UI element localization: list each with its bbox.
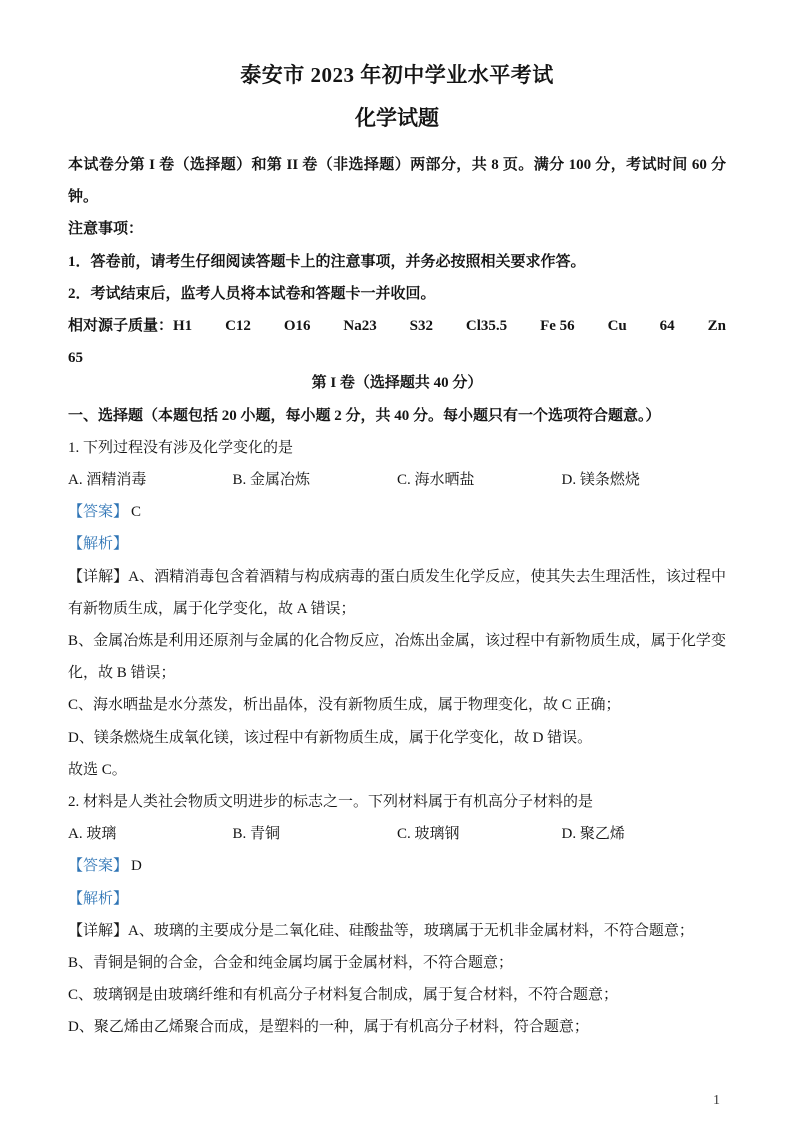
question-stem: 1. 下列过程没有涉及化学变化的是	[68, 432, 726, 464]
detail-paragraph: 【详解】A、玻璃的主要成分是二氧化硅、硅酸盐等，玻璃属于无机非金属材料，不符合题…	[68, 915, 726, 947]
option-b: B. 青铜	[233, 818, 398, 850]
detail-paragraph: 【详解】A、酒精消毒包含着酒精与构成病毒的蛋白质发生化学反应，使其失去生理活性，…	[68, 561, 726, 625]
atomic-mass-token: Zn	[708, 310, 726, 342]
analysis-line: 【解析】	[68, 528, 726, 560]
detail-paragraph: B、金属冶炼是利用还原剂与金属的化合物反应，冶炼出金属，该过程中有新物质生成，属…	[68, 625, 726, 689]
page-number: 1	[713, 1093, 720, 1109]
analysis-label: 【解析】	[68, 536, 128, 552]
detail-paragraph: D、聚乙烯由乙烯聚合而成，是塑料的一种，属于有机高分子材料，符合题意；	[68, 1011, 726, 1043]
detail-paragraph: 故选 C。	[68, 754, 726, 786]
note-item-2: 2．考试结束后，监考人员将本试卷和答题卡一并收回。	[68, 278, 726, 310]
atomic-mass-token: Cl35.5	[466, 310, 507, 342]
notes-title: 注意事项：	[68, 213, 726, 245]
analysis-line: 【解析】	[68, 883, 726, 915]
atomic-mass-line: 相对源子质量：H1 C12 O16 Na23 S32 Cl35.5 Fe 56 …	[68, 310, 726, 342]
section-instructions: 一、选择题（本题包括 20 小题，每小题 2 分，共 40 分。每小题只有一个选…	[68, 400, 726, 432]
analysis-label: 【解析】	[68, 891, 128, 907]
option-c: C. 海水晒盐	[397, 464, 562, 496]
section-heading: 第 I 卷（选择题共 40 分）	[68, 367, 726, 399]
option-d: D. 镁条燃烧	[562, 464, 727, 496]
answer-line: 【答案】D	[68, 850, 726, 882]
atomic-mass-token: H1	[173, 318, 192, 334]
document-page: 泰安市 2023 年初中学业水平考试 化学试题 本试卷分第 I 卷（选择题）和第…	[0, 0, 793, 1122]
option-a: A. 玻璃	[68, 818, 233, 850]
answer-label: 【答案】	[68, 504, 128, 520]
atomic-mass-label-group: 相对源子质量：H1	[68, 310, 192, 342]
option-b: B. 金属冶炼	[233, 464, 398, 496]
answer-line: 【答案】C	[68, 496, 726, 528]
atomic-mass-token: C12	[225, 310, 251, 342]
doc-title: 泰安市 2023 年初中学业水平考试	[68, 58, 726, 92]
detail-paragraph: D、镁条燃烧生成氧化镁，该过程中有新物质生成，属于化学变化，故 D 错误。	[68, 722, 726, 754]
atomic-mass-token: Na23	[343, 310, 376, 342]
answer-label: 【答案】	[68, 858, 128, 874]
atomic-mass-token: Fe 56	[540, 310, 575, 342]
answer-value: C	[131, 504, 141, 520]
detail-paragraph: C、海水晒盐是水分蒸发，析出晶体，没有新物质生成，属于物理变化，故 C 正确；	[68, 689, 726, 721]
atomic-mass-token: Cu	[608, 310, 627, 342]
exam-intro: 本试卷分第 I 卷（选择题）和第 II 卷（非选择题）两部分，共 8 页。满分 …	[68, 149, 726, 213]
note-item-1: 1．答卷前，请考生仔细阅读答题卡上的注意事项，并务必按照相关要求作答。	[68, 246, 726, 278]
options-row: A. 玻璃 B. 青铜 C. 玻璃钢 D. 聚乙烯	[68, 818, 726, 850]
question-block-1: 1. 下列过程没有涉及化学变化的是 A. 酒精消毒 B. 金属冶炼 C. 海水晒…	[68, 432, 726, 786]
atomic-mass-label: 相对源子质量：	[68, 318, 173, 334]
atomic-mass-token: S32	[410, 310, 433, 342]
atomic-mass-token: O16	[284, 310, 311, 342]
question-stem: 2. 材料是人类社会物质文明进步的标志之一。下列材料属于有机高分子材料的是	[68, 786, 726, 818]
atomic-mass-token: 64	[660, 310, 675, 342]
detail-paragraph: C、玻璃钢是由玻璃纤维和有机高分子材料复合制成，属于复合材料，不符合题意；	[68, 979, 726, 1011]
option-c: C. 玻璃钢	[397, 818, 562, 850]
question-block-2: 2. 材料是人类社会物质文明进步的标志之一。下列材料属于有机高分子材料的是 A.…	[68, 786, 726, 1044]
options-row: A. 酒精消毒 B. 金属冶炼 C. 海水晒盐 D. 镁条燃烧	[68, 464, 726, 496]
option-a: A. 酒精消毒	[68, 464, 233, 496]
doc-subtitle: 化学试题	[68, 101, 726, 135]
page-content: 泰安市 2023 年初中学业水平考试 化学试题 本试卷分第 I 卷（选择题）和第…	[68, 58, 726, 1044]
answer-value: D	[131, 858, 142, 874]
detail-paragraph: B、青铜是铜的合金，合金和纯金属均属于金属材料，不符合题意；	[68, 947, 726, 979]
option-d: D. 聚乙烯	[562, 818, 727, 850]
